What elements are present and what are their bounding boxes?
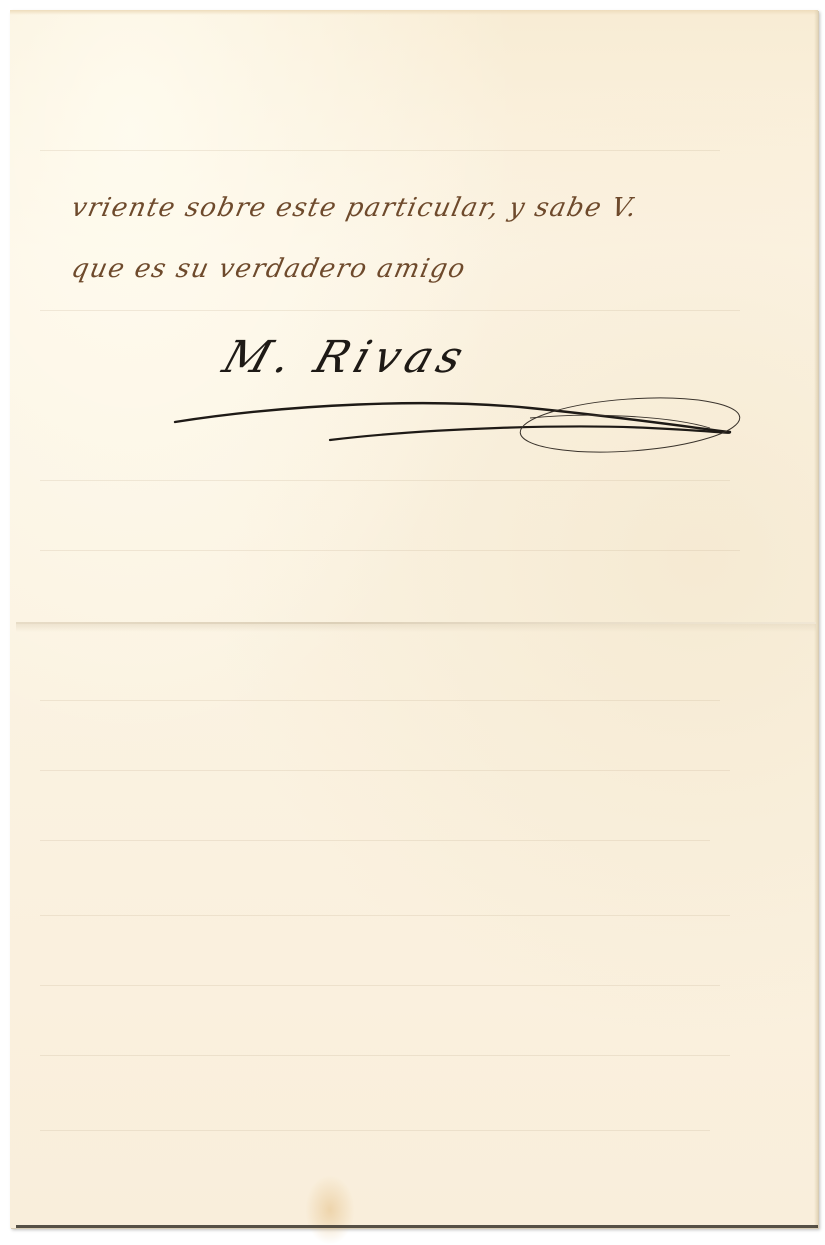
letter-body-line-2: que es su verdadero amigo <box>69 254 469 284</box>
ink-bleed-through <box>40 150 720 151</box>
signature: M. Rivas <box>217 332 475 383</box>
signature-flourish-icon <box>170 390 760 470</box>
ink-bleed-through <box>40 1055 730 1056</box>
ink-bleed-through <box>40 700 720 701</box>
ink-bleed-through <box>40 985 720 986</box>
ink-bleed-through <box>40 550 740 551</box>
ink-bleed-through <box>40 1130 710 1131</box>
page-top-edge <box>10 10 818 15</box>
paper-fold-shadow <box>16 624 816 632</box>
ink-bleed-through <box>40 480 730 481</box>
page-bottom-edge <box>16 1225 818 1228</box>
ink-bleed-through <box>40 840 710 841</box>
ink-bleed-through <box>40 770 730 771</box>
ink-bleed-through <box>40 915 730 916</box>
letter-body-line-1: vriente sobre este particular, y sabe V. <box>69 193 641 223</box>
ink-bleed-through <box>40 310 740 311</box>
letter-page: vriente sobre este particular, y sabe V.… <box>10 10 818 1228</box>
page-right-edge <box>814 10 818 1228</box>
